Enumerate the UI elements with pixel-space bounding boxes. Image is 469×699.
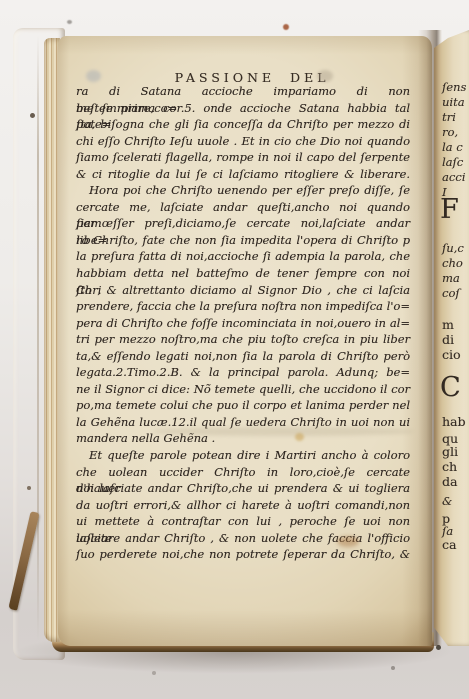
text-line: po,ma temete colui che puo il corpo et l… [76,397,410,414]
stain [67,20,72,24]
text-line: per eſſer preſi,diciamo,ſe cercate noi,l… [76,215,410,232]
text-line: tri per mezzo noſtro,ma che piu toſto cr… [76,331,410,348]
text-fragment: ch [442,461,457,474]
text-line: pera di Chriſto che foſſe incominciata i… [76,315,410,332]
text-line: noi laſciate andar Chriſto,che ui prende… [76,480,410,497]
text-fragment: ro, [442,127,458,139]
left-page: PASSIONE DEL ra di Satana accioche impar… [58,36,432,646]
text-fragment: gli [442,446,458,459]
text-line: me ſe prima cor.5. onde accioche Satana … [76,100,410,117]
text-line: da uoſtri errori,& allhor ci harete à uo… [76,497,410,514]
text-fragment: m [442,319,454,332]
text-fragment: cho [442,258,463,270]
text-fragment: da [442,476,457,489]
text-line: ſuo perderete noi,che non potrete ſepera… [76,546,410,563]
text-line: mandera nella Gehẽna . [76,430,410,447]
text-line: ſta, biſogna che gli ſia conceſſa da Chr… [76,116,410,133]
text-line: cercate me, laſciate andar queſti,ancho … [76,199,410,216]
right-page: ſensuitatriro,la claſcacciIFſu,cchomacoſ… [434,30,469,646]
text-fragment: uita [442,97,465,109]
text-line: ta,& eſſendo legati noi,non ſia la parol… [76,348,410,365]
text-line: la Gehẽna lucæ.12.il qual ſe uedera Chri… [76,414,410,431]
text-fragment: ca [442,539,456,552]
text-fragment: tri [442,112,456,124]
text-line: ne il Signor ci dice: Nõ temete quelli, … [76,381,410,398]
text-fragment: ſu,c [442,243,464,255]
text-line: ſto , & altrettanto diciamo al Signor Di… [76,282,410,299]
text-line: chi eſſo Chriſto Ieſu uuole . Et in cio … [76,133,410,150]
text-fragment: laſc [442,157,463,169]
text-fragment: coſ [442,288,460,300]
text-fragment: acci [442,172,465,184]
text-fragment: & [442,496,452,508]
dropcap-letter: F [440,196,459,223]
text-line: Hora poi che Chriſto uenendo per eſſer p… [76,182,410,199]
text-line: Et queſte parole potean dire i Martiri a… [76,447,410,464]
text-line: la preſura fatta di noi,accioche ſi adem… [76,248,410,265]
text-line: & ci ritoglie da lui ſe ci laſciamo rito… [76,166,410,183]
text-fragment: la c [442,142,463,154]
text-line: legata.2.Timo.2.B. & la principal parola… [76,364,410,381]
text-line: habbiam detta nel batteſmo de tener ſemp… [76,265,410,282]
text-block: ra di Satana accioche impariamo di non b… [76,83,410,563]
text-line: ro Chriſto, fate che non ſia impedita l'… [76,232,410,249]
text-line: ui mettete à contraſtar con lui , peroch… [76,513,410,530]
photo-background: PASSIONE DEL ra di Satana accioche impar… [0,0,469,699]
text-line: ra di Satana accioche impariamo di non b… [76,83,410,100]
text-fragment: cio [442,349,461,362]
text-fragment: ſens [442,82,466,94]
text-line: prendere, faccia che la preſura noſtra n… [76,298,410,315]
text-line: laſciare andar Chriſto , & non uolete ch… [76,530,410,547]
text-fragment: hab [442,416,466,429]
text-line: ſiamo ſcelerati flagella, rompe in noi i… [76,149,410,166]
text-fragment: ma [442,273,460,285]
text-line: che uolean uccider Chriſto in loro,cioè,… [76,464,410,481]
dropcap-letter: C [440,374,461,401]
text-fragment: di [442,334,454,347]
stain [283,24,289,30]
text-fragment: ſa [442,526,453,538]
